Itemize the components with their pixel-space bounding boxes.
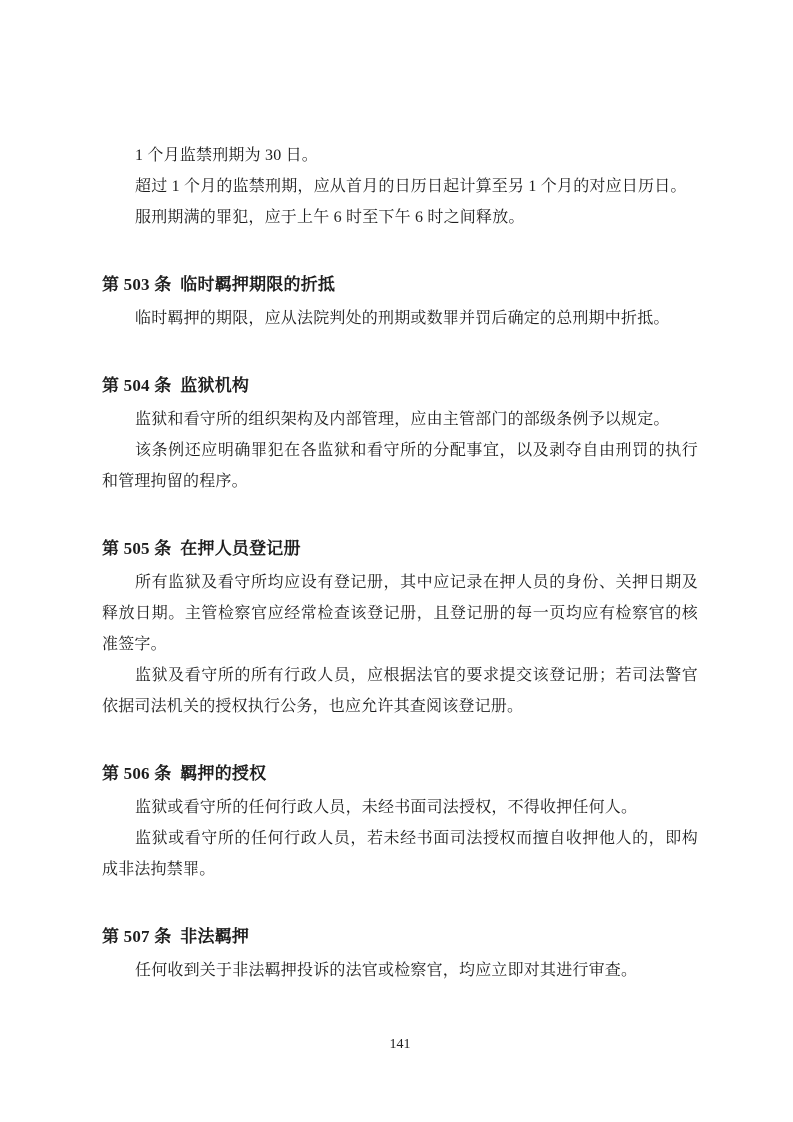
- document-page: 1 个月监禁刑期为 30 日。 超过 1 个月的监禁刑期，应从首月的日历日起计算…: [0, 0, 793, 1122]
- article-heading-507: 第 507 条 非法羁押: [102, 921, 698, 952]
- page-number: 141: [102, 1036, 698, 1054]
- intro-paragraph: 超过 1 个月的监禁刑期，应从首月的日历日起计算至另 1 个月的对应日历日。: [102, 171, 698, 202]
- article-paragraph: 监狱或看守所的任何行政人员，未经书面司法授权，不得收押任何人。: [102, 792, 698, 823]
- article-heading-503: 第 503 条 临时羁押期限的折抵: [102, 269, 698, 300]
- article-paragraph: 该条例还应明确罪犯在各监狱和看守所的分配事宜，以及剥夺自由刑罚的执行和管理拘留的…: [102, 435, 698, 497]
- article-heading-504: 第 504 条 监狱机构: [102, 370, 698, 401]
- intro-paragraph: 1 个月监禁刑期为 30 日。: [102, 140, 698, 171]
- article-paragraph: 所有监狱及看守所均应设有登记册，其中应记录在押人员的身份、关押日期及释放日期。主…: [102, 567, 698, 660]
- article-paragraph: 监狱及看守所的所有行政人员，应根据法官的要求提交该登记册；若司法警官依据司法机关…: [102, 660, 698, 722]
- article-paragraph: 监狱和看守所的组织架构及内部管理，应由主管部门的部级条例予以规定。: [102, 404, 698, 435]
- article-heading-505: 第 505 条 在押人员登记册: [102, 533, 698, 564]
- article-paragraph: 临时羁押的期限，应从法院判处的刑期或数罪并罚后确定的总刑期中折抵。: [102, 303, 698, 334]
- page-content: 1 个月监禁刑期为 30 日。 超过 1 个月的监禁刑期，应从首月的日历日起计算…: [102, 140, 698, 986]
- article-paragraph: 任何收到关于非法羁押投诉的法官或检察官，均应立即对其进行审查。: [102, 955, 698, 986]
- article-paragraph: 监狱或看守所的任何行政人员，若未经书面司法授权而擅自收押他人的，即构成非法拘禁罪…: [102, 823, 698, 885]
- intro-paragraph: 服刑期满的罪犯，应于上午 6 时至下午 6 时之间释放。: [102, 202, 698, 233]
- article-heading-506: 第 506 条 羁押的授权: [102, 758, 698, 789]
